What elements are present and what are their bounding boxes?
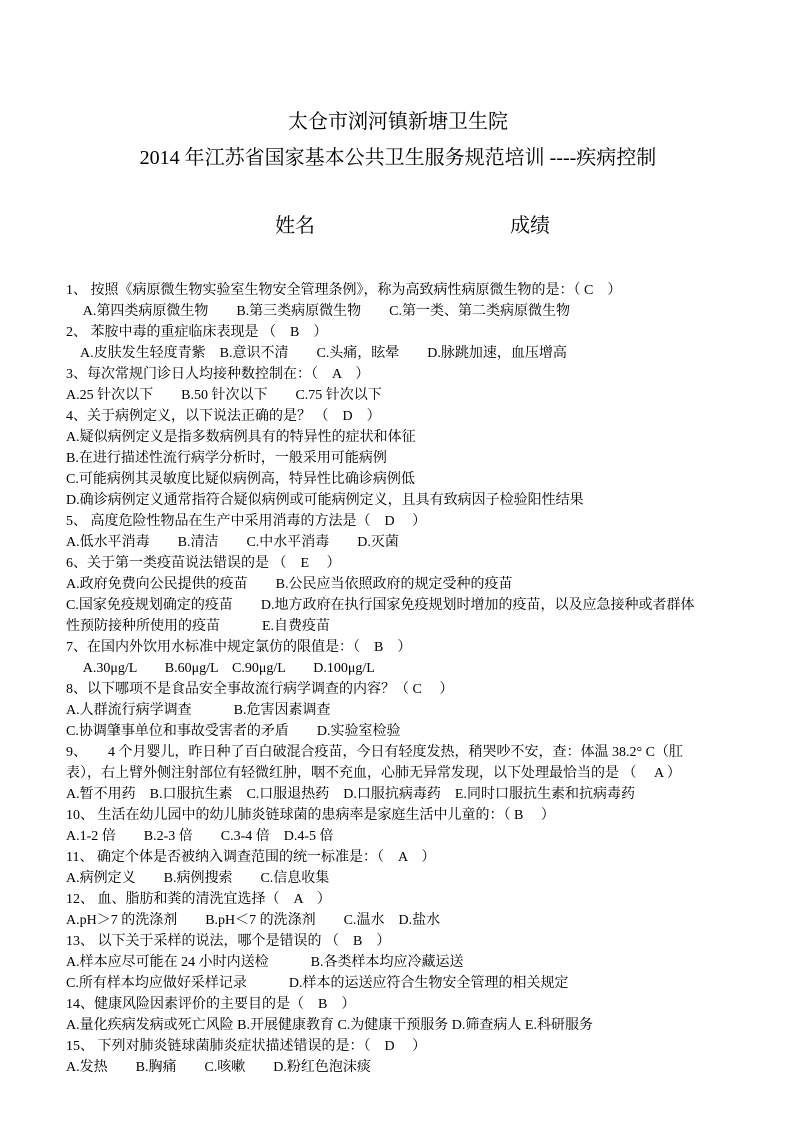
name-score-row: 姓名成绩 <box>66 184 730 268</box>
exam-line-q6-1: A.政府免费向公民提供的疫苗 B.公民应当依照政府的规定受种的疫苗 <box>66 574 730 595</box>
exam-line-q13-0: 13、 以下关于采样的说法，哪个是错误的 （ B ） <box>66 931 730 952</box>
exam-line-q1-1: A.第四类病原微生物 B.第三类病原微生物 C.第一类、第二类病原微生物 <box>66 301 730 322</box>
document-page: 太仓市浏河镇新塘卫生院 2014 年江苏省国家基本公共卫生服务规范培训 ----… <box>0 0 794 1123</box>
exam-line-q3-0: 3、每次常规门诊日人均接种数控制在：（ A ） <box>66 364 730 385</box>
exam-line-q9-0: 9、 4 个月婴儿，昨日种了百白破混合疫苗，今日有轻度发热，稍哭吵不安，查：体温… <box>66 742 730 763</box>
score-label: 成绩 <box>510 215 550 237</box>
exam-line-q10-0: 10、 生活在幼儿园中的幼儿肺炎链球菌的患病率是家庭生活中儿童的：（ B ） <box>66 805 730 826</box>
exam-line-q8-1: A.人群流行病学调查 B.危害因素调查 <box>66 700 730 721</box>
exam-line-q13-2: C.所有样本均应做好采样记录 D.样本的运送应符合生物安全管理的相关规定 <box>66 973 730 994</box>
exam-line-q6-0: 6、关于第一类疫苗说法错误的是 （ E ） <box>66 553 730 574</box>
exam-line-q7-0: 7、在国内外饮用水标准中规定氯仿的限值是：（ B ） <box>66 637 730 658</box>
exam-line-q5-1: A.低水平消毒 B.清洁 C.中水平消毒 D.灭菌 <box>66 532 730 553</box>
exam-line-q3-1: A.25 针次以下 B.50 针次以下 C.75 针次以下 <box>66 385 730 406</box>
exam-line-q8-0: 8、以下哪项不是食品安全事故流行病学调查的内容？（ C ） <box>66 679 730 700</box>
exam-line-q8-2: C.协调肇事单位和事故受害者的矛盾 D.实验室检验 <box>66 721 730 742</box>
exam-line-q1-0: 1、 按照《病原微生物实验室生物安全管理条例》，称为高致病性病原微生物的是：（ … <box>66 280 730 301</box>
exam-line-q15-0: 15、 下列对肺炎链球菌肺炎症状描述错误的是：（ D ） <box>66 1036 730 1057</box>
exam-line-q12-1: A.pH＞7 的洗涤剂 B.pH＜7 的洗涤剂 C.温水 D.盐水 <box>66 910 730 931</box>
exam-line-q4-3: C.可能病例其灵敏度比疑似病例高，特异性比确诊病例低 <box>66 469 730 490</box>
exam-body: 1、 按照《病原微生物实验室生物安全管理条例》，称为高致病性病原微生物的是：（ … <box>66 280 730 1078</box>
exam-line-q4-1: A.疑似病例定义是指多数病例具有的特异性的症状和体征 <box>66 427 730 448</box>
exam-line-q4-2: B.在进行描述性流行病学分析时，一般采用可能病例 <box>66 448 730 469</box>
exam-line-q13-1: A.样本应尽可能在 24 小时内送检 B.各类样本均应冷藏运送 <box>66 952 730 973</box>
exam-line-q4-0: 4、关于病例定义，以下说法正确的是？ （ D ） <box>66 406 730 427</box>
exam-line-q15-1: A.发热 B.胸痛 C.咳嗽 D.粉红色泡沫痰 <box>66 1057 730 1078</box>
exam-line-q4-4: D.确诊病例定义通常指符合疑似病例或可能病例定义，且具有致病因子检验阳性结果 <box>66 490 730 511</box>
exam-line-q2-0: 2、 苯胺中毒的重症临床表现是 （ B ） <box>66 322 730 343</box>
exam-line-q6-2: C.国家免疫规划确定的疫苗 D.地方政府在执行国家免疫规划时增加的疫苗，以及应急… <box>66 595 730 616</box>
exam-line-q9-2: A.暂不用药 B.口服抗生素 C.口服退热药 D.口服抗病毒药 E.同时口服抗生… <box>66 784 730 805</box>
exam-line-q5-0: 5、 高度危险性物品在生产中采用消毒的方法是（ D ） <box>66 511 730 532</box>
exam-line-q10-1: A.1-2 倍 B.2-3 倍 C.3-4 倍 D.4-5 倍 <box>66 826 730 847</box>
exam-line-q9-1: 表），右上臂外侧注射部位有轻微红肿，咽不充血，心肺无异常发现，以下处理最恰当的是… <box>66 763 730 784</box>
exam-line-q7-1: A.30μg/L B.60μg/L C.90μg/L D.100μg/L <box>66 658 730 679</box>
exam-line-q12-0: 12、 血、脂肪和粪的清洗宜选择（ A ） <box>66 889 730 910</box>
document-training-title: 2014 年江苏省国家基本公共卫生服务规范培训 ----疾病控制 <box>66 144 730 172</box>
document-institution-title: 太仓市浏河镇新塘卫生院 <box>66 108 730 136</box>
exam-line-q6-3: 性预防接种所使用的疫苗 E.自费疫苗 <box>66 616 730 637</box>
exam-line-q14-0: 14、健康风险因素评价的主要目的是（ B ） <box>66 994 730 1015</box>
exam-line-q11-0: 11、 确定个体是否被纳入调查范围的统一标准是：（ A ） <box>66 847 730 868</box>
exam-line-q14-1: A.量化疾病发病或死亡风险 B.开展健康教育 C.为健康干预服务 D.筛查病人 … <box>66 1015 730 1036</box>
exam-line-q2-1: A.皮肤发生轻度青紫 B.意识不清 C.头痛，眩晕 D.脉跳加速，血压增高 <box>66 343 730 364</box>
name-label: 姓名 <box>275 215 315 237</box>
exam-line-q11-1: A.病例定义 B.病例搜索 C.信息收集 <box>66 868 730 889</box>
